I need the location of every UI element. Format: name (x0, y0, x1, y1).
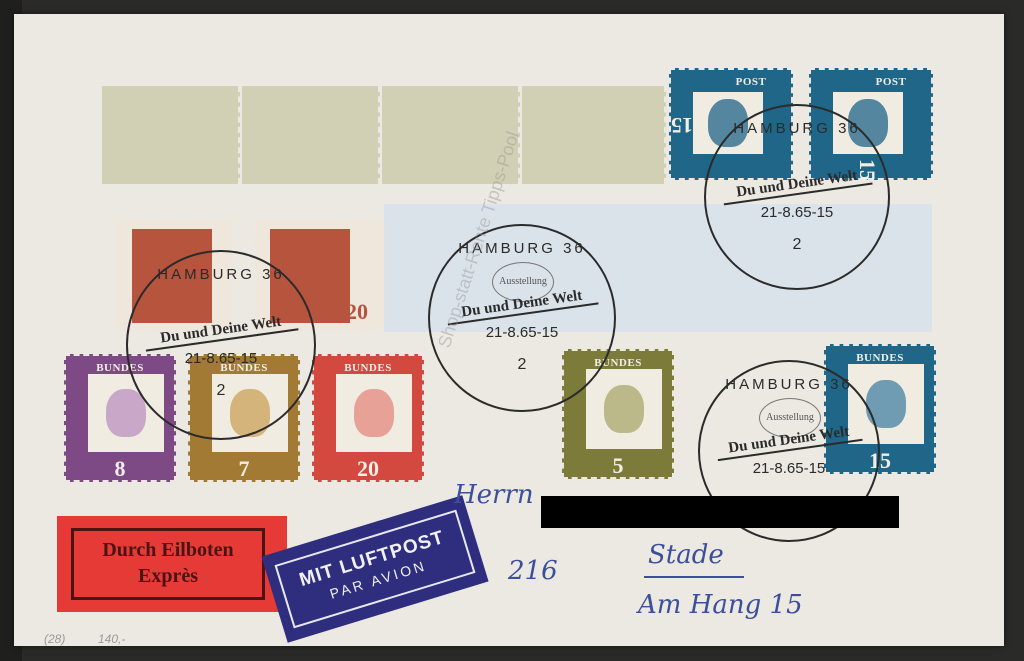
blank-pane (522, 86, 666, 184)
pencil-note: (28) (44, 632, 65, 646)
blank-pane (102, 86, 240, 184)
express-label: Durch Eilboten Exprès (57, 516, 287, 612)
address-salutation: Herrn (454, 480, 534, 510)
envelope: POST 15 POST 15 20 BUNDES 8 BUNDES 7 BUN… (14, 14, 1004, 646)
postmark: HAMBURG 36 Du und Deine Welt 21-8.65-15 … (126, 250, 316, 440)
pencil-note: 140,- (98, 632, 125, 646)
postmark: HAMBURG 36 Du und Deine Welt 21-8.65-15 … (704, 104, 890, 290)
stamp-bach-20: BUNDES 20 (312, 354, 424, 482)
address-city: Stade (644, 540, 744, 578)
redaction-bar (541, 496, 899, 528)
address-street: Am Hang 15 (638, 590, 803, 620)
blank-pane (242, 86, 380, 184)
address-postcode: 216 (508, 556, 558, 586)
airmail-label: MIT LUFTPOST PAR AVION (261, 495, 488, 642)
